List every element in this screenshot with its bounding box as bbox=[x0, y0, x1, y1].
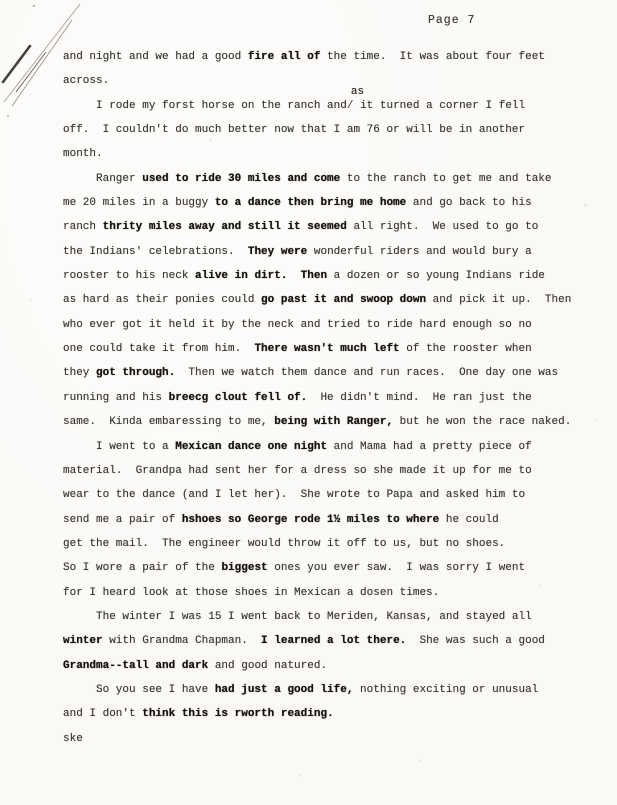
text-segment: Mexican dance one night bbox=[175, 441, 327, 453]
text-segment: running and his bbox=[63, 392, 169, 404]
text-segment: rooster to his neck bbox=[63, 270, 195, 282]
text-segment: as hard as their ponies could bbox=[63, 294, 261, 306]
page-number: Page 7 bbox=[428, 14, 475, 27]
text-line: The winter I was 15 I went back to Merid… bbox=[63, 605, 593, 629]
text-segment: Ranger bbox=[63, 173, 142, 185]
text-line: for I heard look at those shoes in Mexic… bbox=[63, 581, 593, 605]
text-line: wear to the dance (and I let her). She w… bbox=[63, 483, 593, 507]
text-line: ranch thrity miles away and still it see… bbox=[63, 215, 593, 239]
text-line: I went to a Mexican dance one night and … bbox=[63, 435, 593, 459]
text-segment: had just a good life, bbox=[215, 684, 354, 696]
text-segment: think this is rworth reading. bbox=[142, 708, 333, 720]
text-segment: So I wore a pair of the bbox=[63, 562, 221, 574]
text-segment: used to ride 30 miles and come bbox=[142, 173, 340, 185]
text-segment: There wasn't much left bbox=[254, 343, 399, 355]
text-line: send me a pair of hshoes so George rode … bbox=[63, 508, 593, 532]
document-page: Page 7 and night and we had a good fire … bbox=[0, 0, 617, 805]
text-segment: off. I couldn't do much better now that … bbox=[63, 124, 525, 136]
text-line: Ranger used to ride 30 miles and come to… bbox=[63, 167, 593, 191]
text-line: Grandma--tall and dark and good natured. bbox=[63, 654, 593, 678]
text-segment: a dozen or so young Indians ride bbox=[327, 270, 545, 282]
text-segment: and pick it up. Then bbox=[426, 294, 571, 306]
text-line: material. Grandpa had sent her for a dre… bbox=[63, 459, 593, 483]
text-segment: I went to a bbox=[63, 441, 175, 453]
text-line: across. bbox=[63, 69, 593, 93]
text-segment: month. bbox=[63, 148, 103, 160]
text-segment: and go back to his bbox=[406, 197, 531, 209]
text-line: as hard as their ponies could go past it… bbox=[63, 288, 593, 312]
text-segment: material. Grandpa had sent her for a dre… bbox=[63, 465, 532, 477]
text-line: who ever got it held it by the neck and … bbox=[63, 313, 593, 337]
text-segment: me 20 miles in a buggy bbox=[63, 197, 215, 209]
text-segment: Then we watch them dance and run races. … bbox=[175, 367, 558, 379]
text-line: me 20 miles in a buggy to a dance then b… bbox=[63, 191, 593, 215]
text-line: I rode my forst horse on the ranch and/a… bbox=[63, 94, 593, 118]
insertion-caret: /as bbox=[347, 100, 354, 112]
text-segment: and Mama had a pretty piece of bbox=[327, 441, 532, 453]
text-segment: one could take it from him. bbox=[63, 343, 254, 355]
text-segment: and I don't bbox=[63, 708, 142, 720]
text-segment: he could bbox=[439, 514, 498, 526]
document-body: and night and we had a good fire all of … bbox=[63, 45, 593, 751]
text-segment: of the rooster when bbox=[400, 343, 532, 355]
text-segment: nothing exciting or unusual bbox=[353, 684, 538, 696]
text-segment: get the mail. The engineer would throw i… bbox=[63, 538, 505, 550]
text-segment: and good natured. bbox=[208, 660, 327, 672]
text-line: get the mail. The engineer would throw i… bbox=[63, 532, 593, 556]
text-segment: alive in dirt. Then bbox=[195, 270, 327, 282]
text-segment: for I heard look at those shoes in Mexic… bbox=[63, 587, 439, 599]
typist-initials: ske bbox=[63, 727, 593, 751]
text-line: off. I couldn't do much better now that … bbox=[63, 118, 593, 142]
text-segment: biggest bbox=[221, 562, 267, 574]
text-segment: got through. bbox=[96, 367, 175, 379]
text-segment: to the ranch to get me and take bbox=[340, 173, 551, 185]
text-line: they got through. Then we watch them dan… bbox=[63, 361, 593, 385]
text-line: running and his breecg clout fell of. He… bbox=[63, 386, 593, 410]
text-line: same. Kinda embaressing to me, being wit… bbox=[63, 410, 593, 434]
text-segment: ranch bbox=[63, 221, 103, 233]
text-line: the Indians' celebrations. They were won… bbox=[63, 240, 593, 264]
text-segment: She was such a good bbox=[406, 635, 545, 647]
text-segment: send me a pair of bbox=[63, 514, 182, 526]
text-segment: Grandma--tall and dark bbox=[63, 660, 208, 672]
text-segment: They were bbox=[248, 246, 307, 258]
text-segment: across. bbox=[63, 75, 109, 87]
text-segment: being with Ranger, bbox=[274, 416, 393, 428]
text-segment: thrity miles away and still it seemed bbox=[103, 221, 347, 233]
text-segment: the Indians' celebrations. bbox=[63, 246, 248, 258]
text-segment: it turned a corner I fell bbox=[353, 100, 525, 112]
text-segment: but he won the race naked. bbox=[393, 416, 571, 428]
text-line: one could take it from him. There wasn't… bbox=[63, 337, 593, 361]
text-segment: He didn't mind. He ran just the bbox=[307, 392, 531, 404]
text-segment: ske bbox=[63, 733, 83, 745]
text-segment: the time. It was about four feet bbox=[320, 51, 544, 63]
text-line: winter with Grandma Chapman. I learned a… bbox=[63, 629, 593, 653]
text-segment: So you see I have bbox=[63, 684, 215, 696]
text-segment: The winter I was 15 I went back to Merid… bbox=[63, 611, 532, 623]
text-segment: winter bbox=[63, 635, 103, 647]
text-segment: who ever got it held it by the neck and … bbox=[63, 319, 532, 331]
scan-noise bbox=[0, 0, 1, 1]
text-line: So I wore a pair of the biggest ones you… bbox=[63, 556, 593, 580]
text-segment: go past it and swoop down bbox=[261, 294, 426, 306]
text-segment: wear to the dance (and I let her). She w… bbox=[63, 489, 525, 501]
text-segment: I learned a lot there. bbox=[261, 635, 406, 647]
text-segment: I rode my forst horse on the ranch and bbox=[63, 100, 347, 112]
text-line: So you see I have had just a good life, … bbox=[63, 678, 593, 702]
text-segment: breecg clout fell of. bbox=[169, 392, 308, 404]
text-line: and night and we had a good fire all of … bbox=[63, 45, 593, 69]
text-line: month. bbox=[63, 142, 593, 166]
text-segment: ones you ever saw. I was sorry I went bbox=[268, 562, 525, 574]
text-segment: all right. We used to go to bbox=[347, 221, 538, 233]
text-line: rooster to his neck alive in dirt. Then … bbox=[63, 264, 593, 288]
text-segment: they bbox=[63, 367, 96, 379]
text-segment: hshoes so George rode 1½ miles to where bbox=[182, 514, 439, 526]
text-segment: and night and we had a good bbox=[63, 51, 248, 63]
inserted-word: as bbox=[351, 87, 364, 98]
text-segment: with Grandma Chapman. bbox=[103, 635, 261, 647]
text-line: and I don't think this is rworth reading… bbox=[63, 702, 593, 726]
text-segment: same. Kinda embaressing to me, bbox=[63, 416, 274, 428]
text-segment: fire all of bbox=[248, 51, 321, 63]
text-segment: wonderful riders and would bury a bbox=[307, 246, 531, 258]
text-segment: to a dance then bring me home bbox=[215, 197, 406, 209]
